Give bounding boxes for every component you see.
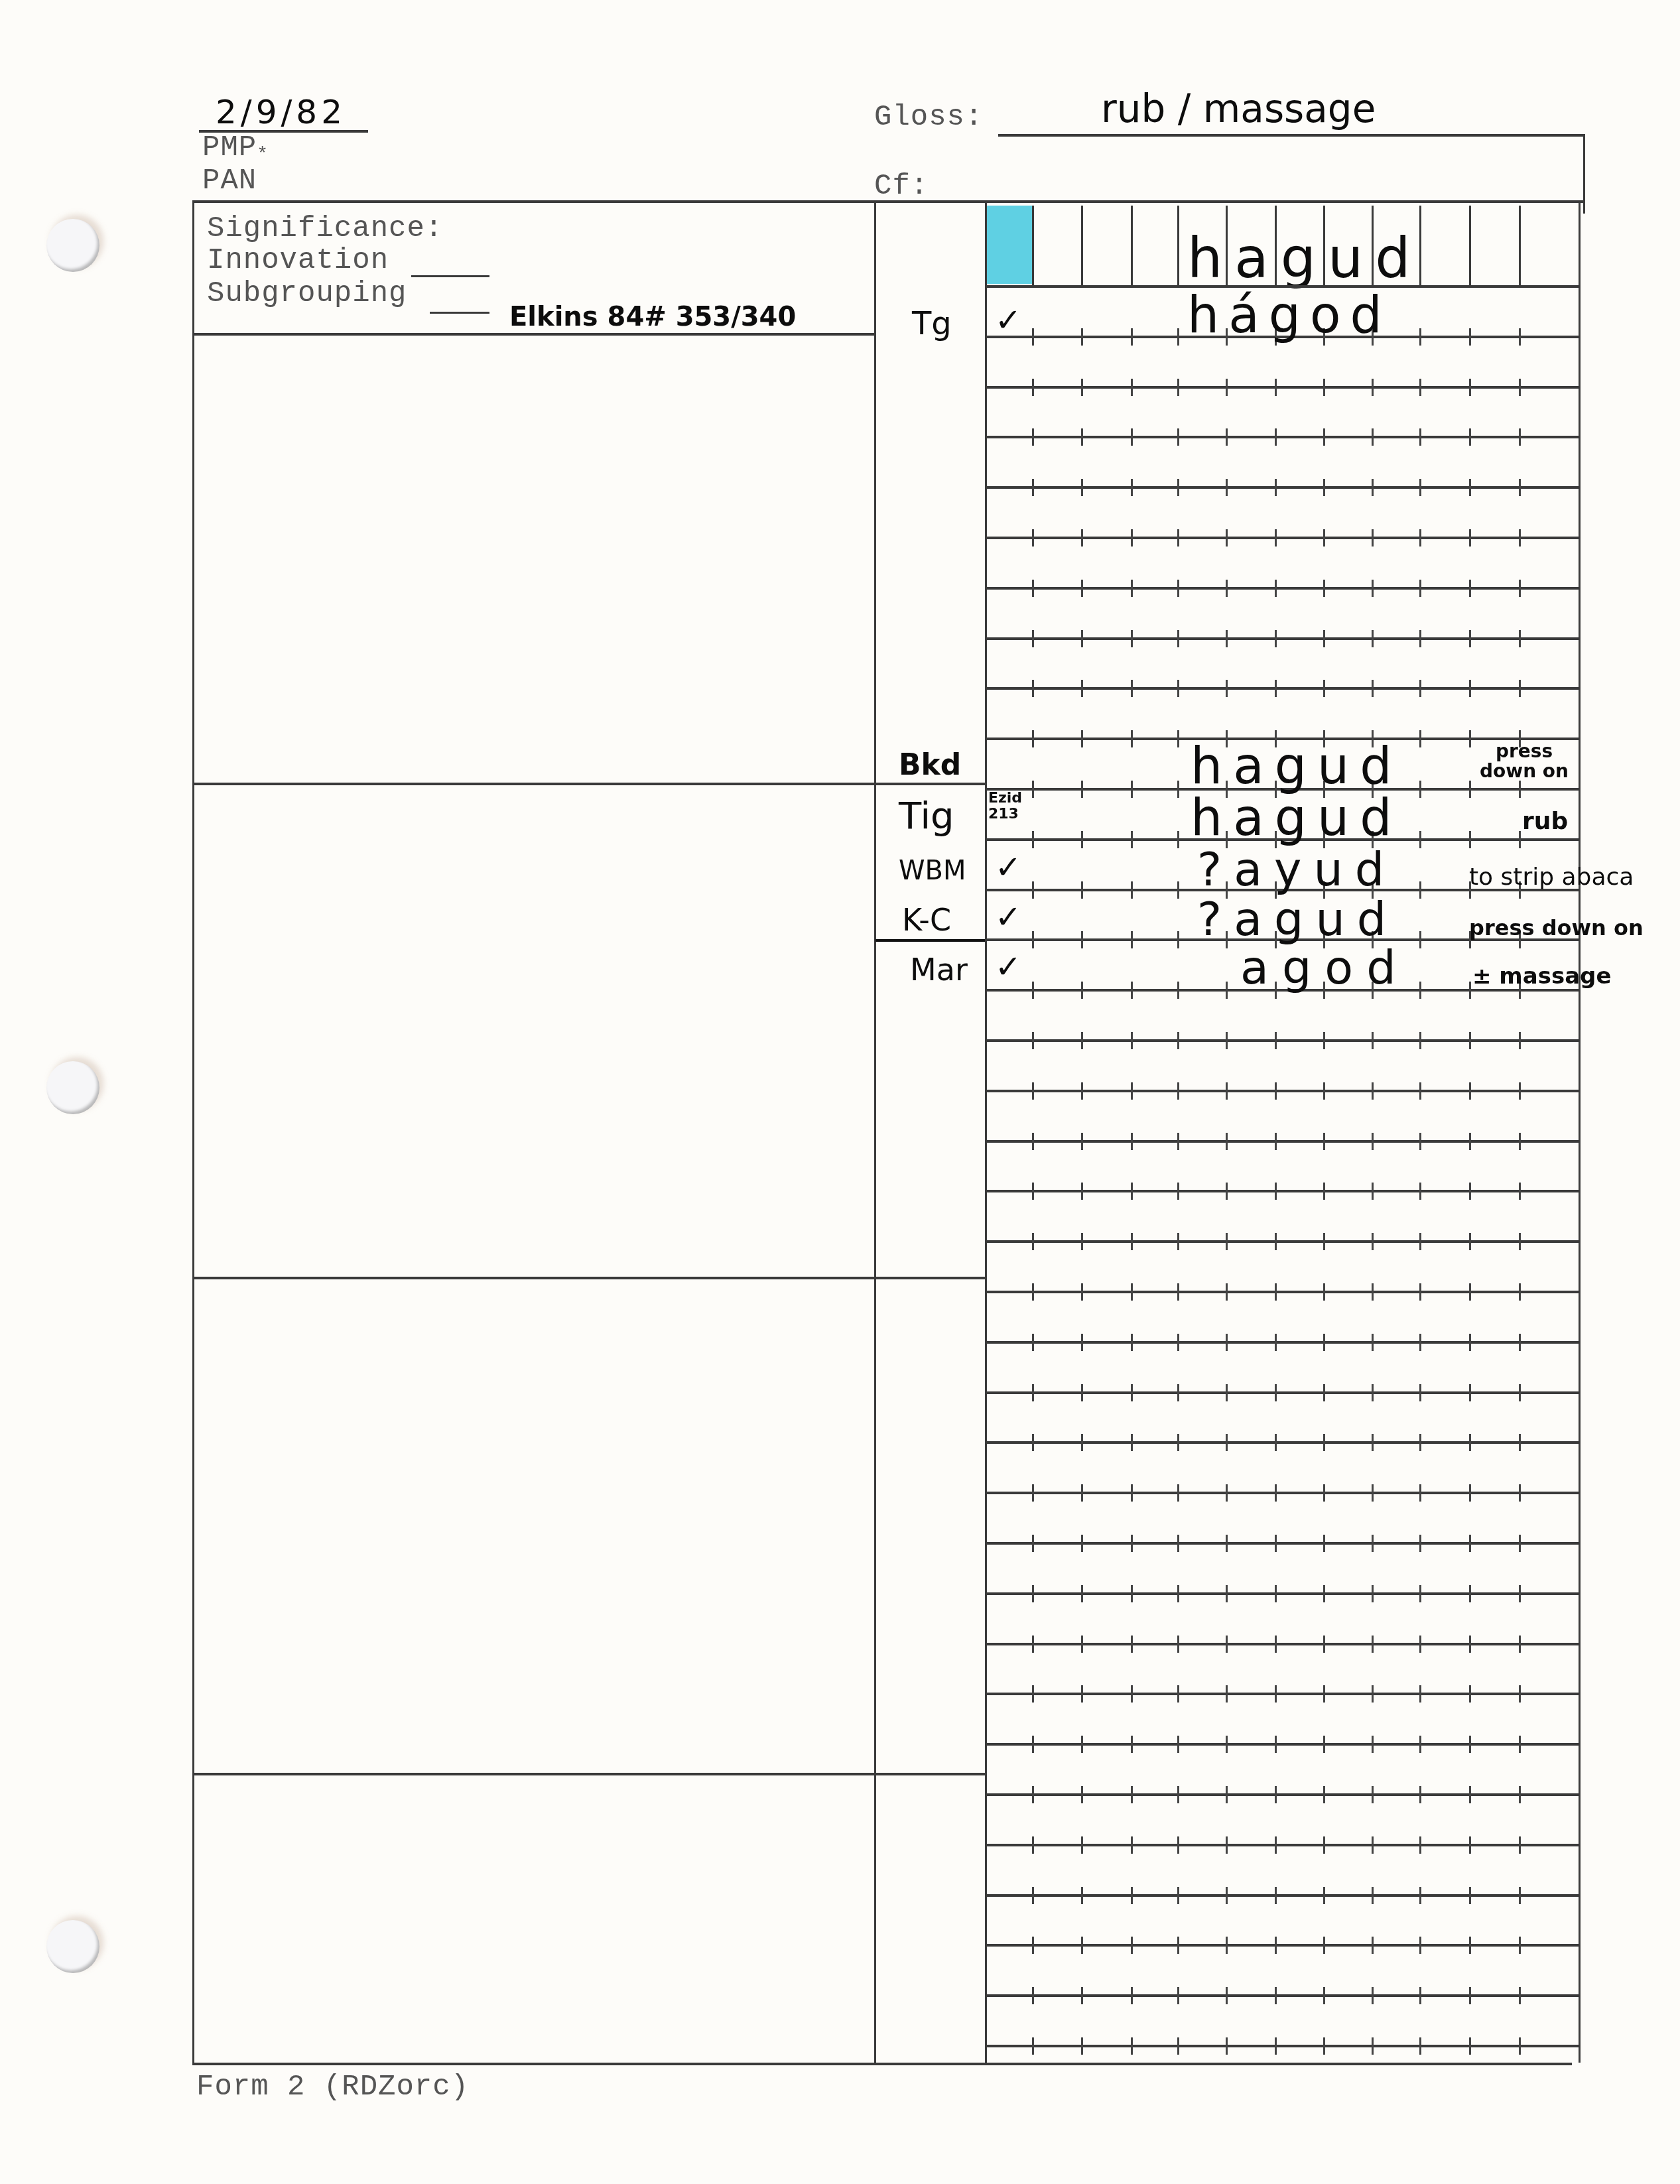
rule-tick bbox=[1419, 1233, 1421, 1250]
rule-tick bbox=[1275, 529, 1277, 546]
entry-rule bbox=[985, 1391, 1580, 1394]
rule-tick bbox=[1177, 1334, 1179, 1351]
pan-label: PAN bbox=[202, 164, 257, 198]
rule-tick bbox=[1275, 1434, 1277, 1451]
entry-language: Mar bbox=[910, 952, 968, 988]
rule-tick bbox=[1469, 529, 1471, 546]
entry-rule bbox=[985, 1844, 1580, 1846]
rule-tick bbox=[1177, 1636, 1179, 1653]
rule-tick bbox=[1469, 1233, 1471, 1250]
grid-cell-divider bbox=[1469, 206, 1471, 287]
entry-rule bbox=[985, 1592, 1580, 1595]
rule-tick bbox=[1323, 428, 1325, 446]
rule-tick bbox=[1419, 1987, 1421, 2004]
rule-tick bbox=[1081, 1484, 1083, 1502]
rule-tick bbox=[1323, 1887, 1325, 1904]
rule-tick bbox=[1519, 1334, 1521, 1351]
rule-tick bbox=[1177, 1484, 1179, 1502]
rule-tick bbox=[1081, 781, 1083, 798]
rule-tick bbox=[1275, 630, 1277, 647]
rule-tick bbox=[1519, 630, 1521, 647]
rule-tick bbox=[1519, 1384, 1521, 1401]
rule-tick bbox=[1519, 1887, 1521, 1904]
rule-tick bbox=[1469, 1535, 1471, 1552]
rule-tick bbox=[1081, 680, 1083, 697]
rule-tick bbox=[1323, 1836, 1325, 1854]
entry-rule bbox=[985, 1291, 1580, 1293]
rule-tick bbox=[1032, 1887, 1034, 1904]
rule-tick bbox=[1226, 1937, 1228, 1954]
rule-tick bbox=[1372, 479, 1374, 496]
rule-tick bbox=[1275, 1535, 1277, 1552]
rule-tick bbox=[1469, 379, 1471, 396]
rule-tick bbox=[1131, 1535, 1133, 1552]
rule-tick bbox=[1275, 1183, 1277, 1200]
rule-tick bbox=[1131, 982, 1133, 999]
rule-tick bbox=[1372, 1736, 1374, 1753]
rule-tick bbox=[1131, 1434, 1133, 1451]
rule-tick bbox=[1226, 1535, 1228, 1552]
cf-label: Cf: bbox=[874, 170, 929, 203]
rule-tick bbox=[1032, 1736, 1034, 1753]
binder-hole-bottom bbox=[46, 1920, 99, 1973]
rule-tick bbox=[1275, 1233, 1277, 1250]
rule-tick bbox=[1419, 831, 1421, 848]
rule-tick bbox=[1419, 328, 1421, 346]
rule-tick bbox=[1519, 1233, 1521, 1250]
rule-tick bbox=[1131, 1283, 1133, 1301]
kc-underline-mark bbox=[875, 939, 985, 942]
highlight-cell bbox=[987, 206, 1032, 284]
rule-tick bbox=[1372, 1987, 1374, 2004]
rule-tick bbox=[1519, 1434, 1521, 1451]
entry-rule bbox=[985, 1894, 1580, 1897]
rule-tick bbox=[1131, 328, 1133, 346]
entry-rule bbox=[985, 1793, 1580, 1796]
rule-tick bbox=[1519, 529, 1521, 546]
rule-tick bbox=[1519, 831, 1521, 848]
rule-tick bbox=[1177, 881, 1179, 899]
rule-tick bbox=[1323, 1032, 1325, 1049]
rule-tick bbox=[1177, 781, 1179, 798]
rule-tick bbox=[1032, 1334, 1034, 1351]
rule-tick bbox=[1419, 1283, 1421, 1301]
rule-tick bbox=[1275, 1887, 1277, 1904]
rule-tick bbox=[1469, 1434, 1471, 1451]
rule-tick bbox=[1177, 1133, 1179, 1150]
entry-rule bbox=[985, 637, 1580, 640]
form-footer-label: Form 2 (RDZorc) bbox=[196, 2071, 469, 2104]
rule-tick bbox=[1519, 1736, 1521, 1753]
rule-tick bbox=[1372, 1484, 1374, 1502]
rule-tick bbox=[1519, 1786, 1521, 1803]
rule-tick bbox=[1032, 931, 1034, 948]
rule-tick bbox=[1323, 680, 1325, 697]
rule-tick bbox=[1081, 1887, 1083, 1904]
rule-tick bbox=[1323, 630, 1325, 647]
rule-tick bbox=[1469, 1736, 1471, 1753]
rule-tick bbox=[1275, 680, 1277, 697]
rule-tick bbox=[1177, 1233, 1179, 1250]
entry-rule bbox=[985, 687, 1580, 690]
rule-tick bbox=[1419, 680, 1421, 697]
rule-tick bbox=[1419, 1334, 1421, 1351]
rule-tick bbox=[1081, 2037, 1083, 2055]
rule-tick bbox=[1226, 1384, 1228, 1401]
rule-tick bbox=[1469, 1484, 1471, 1502]
rule-tick bbox=[1469, 1585, 1471, 1602]
rule-tick bbox=[1032, 1836, 1034, 1854]
entry-rule bbox=[985, 1240, 1580, 1243]
rule-tick bbox=[1081, 1233, 1083, 1250]
rule-tick bbox=[1372, 1082, 1374, 1100]
rule-tick bbox=[1081, 1183, 1083, 1200]
rule-tick bbox=[1226, 1585, 1228, 1602]
rule-tick bbox=[1081, 931, 1083, 948]
entry-rule bbox=[985, 2045, 1580, 2047]
rule-tick bbox=[1131, 1032, 1133, 1049]
rule-tick bbox=[1081, 580, 1083, 597]
rule-tick bbox=[1469, 1987, 1471, 2004]
grid-cell-divider bbox=[1519, 206, 1521, 287]
rule-tick bbox=[1032, 479, 1034, 496]
rule-tick bbox=[1519, 1585, 1521, 1602]
rule-tick bbox=[1081, 328, 1083, 346]
rule-tick bbox=[1131, 529, 1133, 546]
rule-tick bbox=[1226, 1685, 1228, 1702]
rule-tick bbox=[1372, 379, 1374, 396]
rule-tick bbox=[1032, 428, 1034, 446]
rule-tick bbox=[1131, 1736, 1133, 1753]
rule-tick bbox=[1372, 1334, 1374, 1351]
rule-tick bbox=[1131, 1484, 1133, 1502]
rule-tick bbox=[1032, 1484, 1034, 1502]
rule-tick bbox=[1372, 1283, 1374, 1301]
entry-rule bbox=[985, 587, 1580, 590]
rule-tick bbox=[1032, 881, 1034, 899]
rule-tick bbox=[1372, 1535, 1374, 1552]
rule-tick bbox=[1323, 1937, 1325, 1954]
rule-tick bbox=[1032, 580, 1034, 597]
rule-tick bbox=[1519, 1636, 1521, 1653]
rule-tick bbox=[1469, 1283, 1471, 1301]
rule-tick bbox=[1275, 1786, 1277, 1803]
rule-tick bbox=[1032, 1283, 1034, 1301]
rule-tick bbox=[1131, 881, 1133, 899]
rule-tick bbox=[1419, 1685, 1421, 1702]
rule-tick bbox=[1081, 630, 1083, 647]
rule-tick bbox=[1469, 1082, 1471, 1100]
rule-tick bbox=[1519, 379, 1521, 396]
rule-tick bbox=[1419, 580, 1421, 597]
rule-tick bbox=[1469, 1786, 1471, 1803]
rule-tick bbox=[1469, 1032, 1471, 1049]
rule-tick bbox=[1081, 1535, 1083, 1552]
innovation-blank[interactable] bbox=[411, 275, 489, 277]
rule-tick bbox=[1081, 982, 1083, 999]
rule-tick bbox=[1469, 328, 1471, 346]
significance-title: Significance: bbox=[207, 212, 443, 245]
rule-tick bbox=[1081, 1082, 1083, 1100]
rule-tick bbox=[1519, 1484, 1521, 1502]
rule-tick bbox=[1419, 881, 1421, 899]
rule-tick bbox=[1519, 428, 1521, 446]
rule-tick bbox=[1177, 1384, 1179, 1401]
rule-tick bbox=[1226, 1082, 1228, 1100]
left-panel-divider bbox=[874, 200, 876, 2064]
rule-tick bbox=[1419, 1836, 1421, 1854]
rule-tick bbox=[1177, 831, 1179, 848]
entry-rule bbox=[985, 1190, 1580, 1192]
rule-tick bbox=[1131, 931, 1133, 948]
rule-tick bbox=[1419, 1082, 1421, 1100]
rule-tick bbox=[1131, 1987, 1133, 2004]
rule-tick bbox=[1419, 1585, 1421, 1602]
rule-tick bbox=[1372, 1636, 1374, 1653]
rule-tick bbox=[1469, 1887, 1471, 1904]
rule-tick bbox=[1032, 1434, 1034, 1451]
rule-tick bbox=[1275, 1484, 1277, 1502]
rule-tick bbox=[1226, 630, 1228, 647]
rule-tick bbox=[1323, 1585, 1325, 1602]
rule-tick bbox=[1275, 1334, 1277, 1351]
rule-tick bbox=[1032, 730, 1034, 747]
rule-tick bbox=[1275, 1736, 1277, 1753]
rule-tick bbox=[1177, 479, 1179, 496]
rule-tick bbox=[1226, 479, 1228, 496]
rule-tick bbox=[1081, 1937, 1083, 1954]
rule-tick bbox=[1032, 1133, 1034, 1150]
rule-tick bbox=[1419, 2037, 1421, 2055]
rule-tick bbox=[1469, 1937, 1471, 1954]
rule-tick bbox=[1226, 1183, 1228, 1200]
rule-tick bbox=[1177, 1937, 1179, 1954]
rule-tick bbox=[1323, 1987, 1325, 2004]
rule-tick bbox=[1131, 781, 1133, 798]
binder-hole-top bbox=[46, 219, 99, 272]
rule-tick bbox=[1419, 529, 1421, 546]
rule-tick bbox=[1519, 1082, 1521, 1100]
rule-tick bbox=[1131, 1334, 1133, 1351]
rule-tick bbox=[1131, 1937, 1133, 1954]
rule-tick bbox=[1372, 1434, 1374, 1451]
rule-tick bbox=[1226, 1736, 1228, 1753]
rule-tick bbox=[1131, 2037, 1133, 2055]
entry-rule bbox=[985, 1693, 1580, 1695]
rule-tick bbox=[1081, 1283, 1083, 1301]
grid-cell-divider bbox=[1131, 206, 1133, 287]
rule-tick bbox=[1275, 1032, 1277, 1049]
rule-tick bbox=[1519, 1133, 1521, 1150]
rule-tick bbox=[1469, 982, 1471, 999]
rule-tick bbox=[1323, 1233, 1325, 1250]
rule-tick bbox=[1131, 730, 1133, 747]
rule-tick bbox=[1032, 831, 1034, 848]
rule-tick bbox=[1372, 1183, 1374, 1200]
rule-tick bbox=[1372, 428, 1374, 446]
rule-tick bbox=[1419, 1535, 1421, 1552]
rule-tick bbox=[1032, 982, 1034, 999]
rule-tick bbox=[1323, 1685, 1325, 1702]
rule-tick bbox=[1177, 1535, 1179, 1552]
rule-tick bbox=[1226, 1484, 1228, 1502]
rule-tick bbox=[1032, 680, 1034, 697]
entry-mark: ✓ bbox=[995, 899, 1021, 936]
entry-rule bbox=[985, 486, 1580, 489]
entry-rule bbox=[985, 1090, 1580, 1092]
rule-tick bbox=[1469, 428, 1471, 446]
rule-tick bbox=[1323, 1636, 1325, 1653]
rule-tick bbox=[1177, 1987, 1179, 2004]
rule-tick bbox=[1177, 580, 1179, 597]
rule-tick bbox=[1275, 1283, 1277, 1301]
entry-mark: ✓ bbox=[995, 302, 1021, 339]
rule-tick bbox=[1419, 982, 1421, 999]
rule-tick bbox=[1323, 1535, 1325, 1552]
rule-tick bbox=[1469, 630, 1471, 647]
rule-tick bbox=[1323, 2037, 1325, 2055]
entry-gloss: to strip abaca bbox=[1469, 864, 1634, 891]
pmp-label: PMP* bbox=[202, 131, 269, 165]
rule-tick bbox=[1131, 479, 1133, 496]
rule-tick bbox=[1177, 1887, 1179, 1904]
rule-tick bbox=[1419, 1887, 1421, 1904]
rule-tick bbox=[1226, 982, 1228, 999]
rule-tick bbox=[1469, 580, 1471, 597]
rule-tick bbox=[1519, 1535, 1521, 1552]
rule-tick bbox=[1177, 730, 1179, 747]
rule-tick bbox=[1226, 379, 1228, 396]
rule-tick bbox=[1032, 1987, 1034, 2004]
rule-tick bbox=[1131, 1133, 1133, 1150]
rule-tick bbox=[1323, 1736, 1325, 1753]
left-section-divider-3 bbox=[192, 1773, 985, 1775]
rule-tick bbox=[1419, 1786, 1421, 1803]
rule-tick bbox=[1131, 1082, 1133, 1100]
entry-gloss: press down on bbox=[1471, 741, 1577, 781]
rule-tick bbox=[1519, 580, 1521, 597]
rule-tick bbox=[1226, 1283, 1228, 1301]
rule-tick bbox=[1275, 428, 1277, 446]
rule-tick bbox=[1275, 1082, 1277, 1100]
entry-rule bbox=[985, 1944, 1580, 1947]
rule-tick bbox=[1081, 730, 1083, 747]
rule-tick bbox=[1177, 982, 1179, 999]
rule-tick bbox=[1275, 1836, 1277, 1854]
rule-tick bbox=[1177, 529, 1179, 546]
rule-tick bbox=[1323, 1484, 1325, 1502]
rule-tick bbox=[1372, 680, 1374, 697]
rule-tick bbox=[1081, 881, 1083, 899]
rule-tick bbox=[1323, 379, 1325, 396]
frame-top bbox=[192, 200, 1585, 203]
rule-tick bbox=[1032, 1535, 1034, 1552]
innovation-label: Innovation bbox=[207, 244, 389, 277]
rule-tick bbox=[1469, 1384, 1471, 1401]
rule-tick bbox=[1275, 1384, 1277, 1401]
rule-tick bbox=[1131, 1636, 1133, 1653]
rule-tick bbox=[1323, 1384, 1325, 1401]
rule-tick bbox=[1323, 1283, 1325, 1301]
entry-rule bbox=[985, 386, 1580, 389]
rule-tick bbox=[1081, 1133, 1083, 1150]
rule-tick bbox=[1372, 1887, 1374, 1904]
rule-tick bbox=[1032, 529, 1034, 546]
gloss-value: rub / massage bbox=[1101, 86, 1376, 131]
entry-mark: ✓ bbox=[995, 849, 1021, 886]
grid-cell-divider bbox=[1032, 206, 1034, 287]
left-section-divider-1 bbox=[192, 783, 985, 785]
rule-tick bbox=[1131, 1836, 1133, 1854]
subgrouping-blank[interactable] bbox=[430, 312, 489, 314]
rule-tick bbox=[1226, 428, 1228, 446]
rule-tick bbox=[1419, 1384, 1421, 1401]
rule-tick bbox=[1177, 328, 1179, 346]
grid-cell-divider bbox=[1081, 206, 1083, 287]
rule-tick bbox=[1372, 580, 1374, 597]
binder-hole-middle bbox=[46, 1061, 99, 1114]
rule-tick bbox=[1032, 1082, 1034, 1100]
language-column-divider bbox=[985, 202, 987, 2063]
rule-tick bbox=[1419, 1133, 1421, 1150]
grid-right-border bbox=[1579, 202, 1581, 2063]
entry-rule bbox=[985, 1039, 1580, 1042]
entry-gloss: rub bbox=[1522, 808, 1568, 835]
entry-rule bbox=[985, 1341, 1580, 1344]
rule-tick bbox=[1226, 680, 1228, 697]
rule-tick bbox=[1419, 479, 1421, 496]
rule-tick bbox=[1323, 479, 1325, 496]
rule-tick bbox=[1419, 781, 1421, 798]
rule-tick bbox=[1419, 379, 1421, 396]
rule-tick bbox=[1519, 2037, 1521, 2055]
date: 2/9/82 bbox=[216, 93, 346, 131]
rule-tick bbox=[1469, 680, 1471, 697]
frame-bottom bbox=[192, 2063, 1572, 2065]
rule-tick bbox=[1372, 529, 1374, 546]
rule-tick bbox=[1081, 428, 1083, 446]
rule-tick bbox=[1469, 1183, 1471, 1200]
rule-tick bbox=[1131, 831, 1133, 848]
entry-form: hagud bbox=[1191, 736, 1402, 795]
rule-tick bbox=[1226, 529, 1228, 546]
rule-tick bbox=[1226, 1636, 1228, 1653]
rule-tick bbox=[1081, 1434, 1083, 1451]
entry-rule bbox=[985, 537, 1580, 539]
rule-tick bbox=[1032, 1384, 1034, 1401]
rule-tick bbox=[1275, 379, 1277, 396]
rule-tick bbox=[1323, 1082, 1325, 1100]
rule-tick bbox=[1081, 1736, 1083, 1753]
rule-tick bbox=[1226, 1032, 1228, 1049]
subgrouping-label: Subgrouping bbox=[207, 277, 407, 310]
rule-tick bbox=[1419, 1736, 1421, 1753]
rule-tick bbox=[1519, 1987, 1521, 2004]
rule-tick bbox=[1081, 1032, 1083, 1049]
rule-tick bbox=[1469, 831, 1471, 848]
rule-tick bbox=[1323, 1334, 1325, 1351]
rule-tick bbox=[1131, 428, 1133, 446]
entry-form: hágod bbox=[1187, 285, 1391, 344]
rule-tick bbox=[1275, 1987, 1277, 2004]
entry-rule bbox=[985, 1743, 1580, 1746]
entry-rule bbox=[985, 1441, 1580, 1444]
rule-tick bbox=[1226, 1887, 1228, 1904]
significance-bottom bbox=[192, 333, 874, 336]
rule-tick bbox=[1469, 1636, 1471, 1653]
rule-tick bbox=[1469, 781, 1471, 798]
rule-tick bbox=[1519, 1183, 1521, 1200]
